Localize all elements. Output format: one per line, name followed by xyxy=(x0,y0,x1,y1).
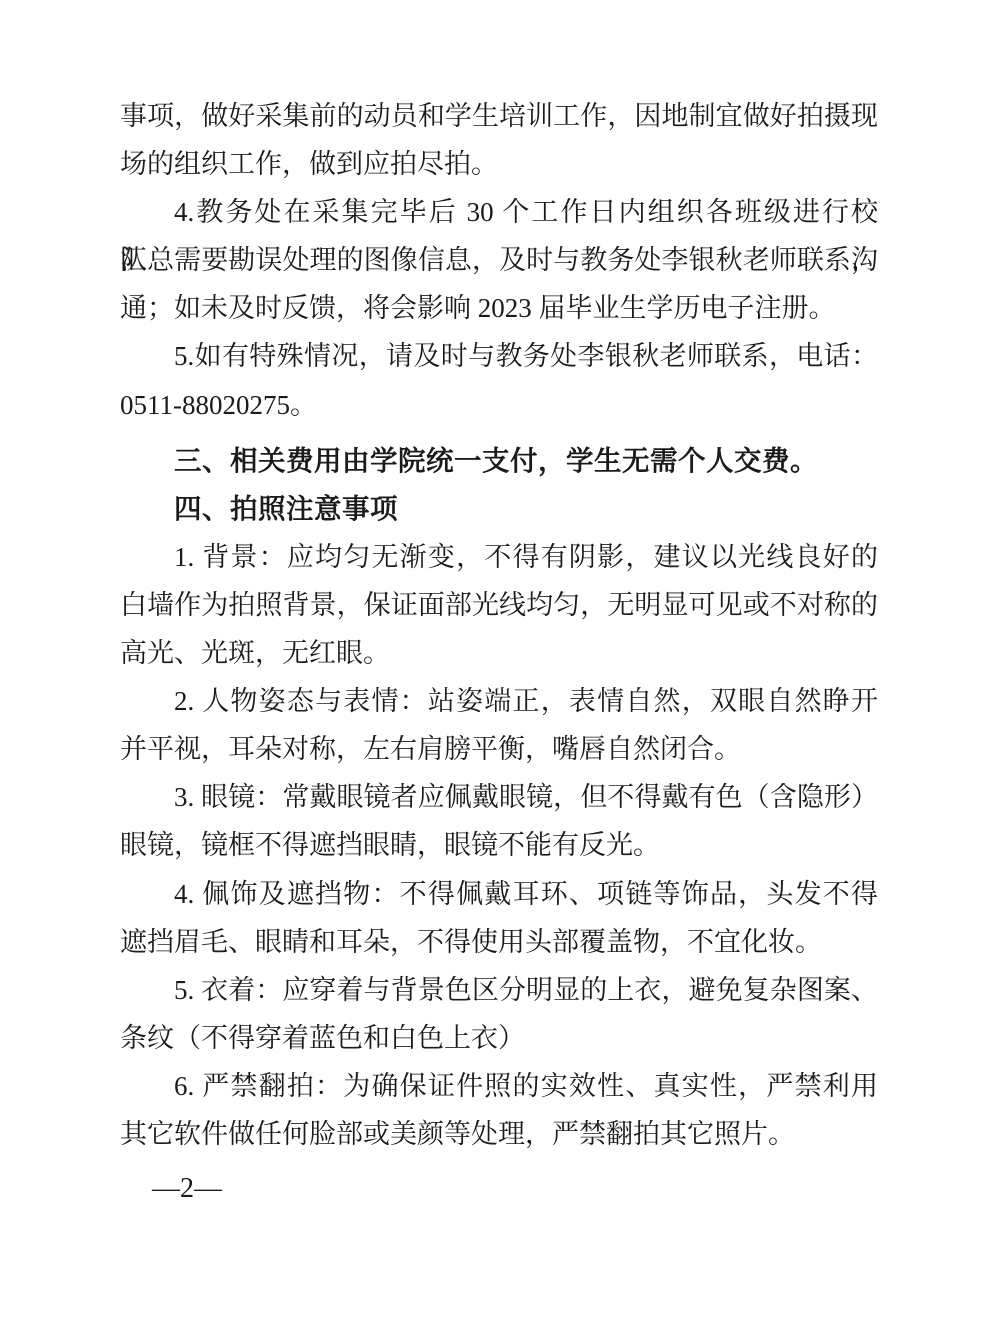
document-page: 事项，做好采集前的动员和学生培训工作，因地制宜做好拍摄现 场的组织工作，做到应拍… xyxy=(0,0,1000,1333)
doc-line: 4.教务处在采集完毕后 30 个工作日内组织各班级进行校队， xyxy=(120,188,878,236)
doc-line: 5.如有特殊情况，请及时与教务处李银秋老师联系，电话： xyxy=(120,332,878,380)
doc-line: 场的组织工作，做到应拍尽拍。 xyxy=(120,140,878,188)
doc-line: 通；如未及时反馈，将会影响 2023 届毕业生学历电子注册。 xyxy=(120,284,878,332)
section-heading-3: 三、相关费用由学院统一支付，学生无需个人交费。 xyxy=(120,437,878,485)
doc-line: 高光、光斑，无红眼。 xyxy=(120,629,878,677)
doc-line: 3. 眼镜：常戴眼镜者应佩戴眼镜，但不得戴有色（含隐形） xyxy=(120,773,878,821)
page-number: —2— xyxy=(152,1172,222,1206)
doc-line: 并平视，耳朵对称，左右肩膀平衡，嘴唇自然闭合。 xyxy=(120,725,878,773)
doc-line: 0511-88020275。 xyxy=(120,381,878,429)
doc-line: 6. 严禁翻拍：为确保证件照的实效性、真实性，严禁利用 xyxy=(120,1062,878,1110)
doc-line: 事项，做好采集前的动员和学生培训工作，因地制宜做好拍摄现 xyxy=(120,92,878,140)
doc-line: 其它软件做任何脸部或美颜等处理，严禁翻拍其它照片。 xyxy=(120,1110,878,1158)
doc-line: 遮挡眉毛、眼睛和耳朵，不得使用头部覆盖物，不宜化妆。 xyxy=(120,918,878,966)
doc-line: 白墙作为拍照背景，保证面部光线均匀，无明显可见或不对称的 xyxy=(120,581,878,629)
doc-line: 眼镜，镜框不得遮挡眼睛，眼镜不能有反光。 xyxy=(120,821,878,869)
document-body: 事项，做好采集前的动员和学生培训工作，因地制宜做好拍摄现 场的组织工作，做到应拍… xyxy=(120,92,878,1158)
doc-line: 汇总需要勘误处理的图像信息，及时与教务处李银秋老师联系沟 xyxy=(120,236,878,284)
doc-line: 条纹（不得穿着蓝色和白色上衣） xyxy=(120,1014,878,1062)
doc-line: 2. 人物姿态与表情：站姿端正，表情自然，双眼自然睁开 xyxy=(120,677,878,725)
section-heading-4: 四、拍照注意事项 xyxy=(120,485,878,533)
doc-line: 5. 衣着：应穿着与背景色区分明显的上衣，避免复杂图案、 xyxy=(120,966,878,1014)
doc-line: 4. 佩饰及遮挡物：不得佩戴耳环、项链等饰品，头发不得 xyxy=(120,870,878,918)
doc-line: 1. 背景：应均匀无渐变，不得有阴影，建议以光线良好的 xyxy=(120,533,878,581)
